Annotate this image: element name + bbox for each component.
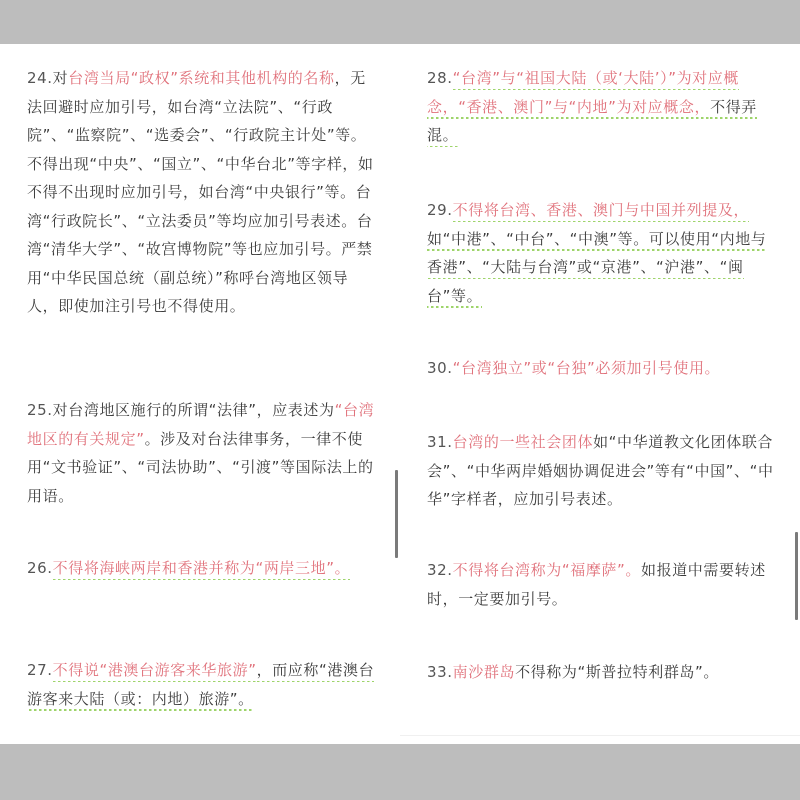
rule-highlight: “台湾”与“祖国大陆（或‘大陆’）”为对应概念，“香港、澳门”与“内地”为对应概… — [427, 69, 739, 119]
rule-number: 26. — [27, 559, 53, 577]
rule-number: 28. — [427, 69, 453, 87]
rule-highlight: 台湾当局“政权”系统和其他机构的名称 — [68, 69, 334, 87]
rule-text: 对台湾地区施行的所谓“法律”，应表述为 — [53, 401, 335, 419]
left-document-panel: 24.对台湾当局“政权”系统和其他机构的名称，无法回避时应加引号，如台湾“立法院… — [0, 44, 400, 744]
rule-number: 29. — [427, 201, 453, 219]
rule-text: 不得称为“斯普拉特利群岛”。 — [515, 663, 719, 681]
rule-text: 如“中港”、“中台”、“中澳”等。可以使用“内地与香港”、“大陆与台湾”或“京港… — [427, 230, 766, 308]
rule-number: 27. — [27, 661, 53, 679]
rule-item-26: 26.不得将海峡两岸和香港并称为“两岸三地”。 — [27, 554, 377, 583]
rule-highlight: “台湾独立”或“台独”必须加引号使用。 — [453, 359, 721, 377]
top-frame-bar — [0, 0, 800, 44]
rule-item-24: 24.对台湾当局“政权”系统和其他机构的名称，无法回避时应加引号，如台湾“立法院… — [27, 64, 377, 321]
rule-item-25: 25.对台湾地区施行的所谓“法律”，应表述为“台湾地区的有关规定”。涉及对台法律… — [27, 396, 377, 510]
rule-highlight: 不得将台湾、香港、澳门与中国并列提及， — [453, 201, 749, 222]
rule-item-30: 30.“台湾独立”或“台独”必须加引号使用。 — [427, 354, 777, 383]
right-scrollbar[interactable] — [795, 532, 798, 620]
left-scrollbar[interactable] — [395, 470, 398, 558]
rule-item-31: 31.台湾的一些社会团体如“中华道教文化团体联合会”、“中华两岸婚姻协调促进会”… — [427, 428, 777, 514]
rule-item-33: 33.南沙群岛不得称为“斯普拉特利群岛”。 — [427, 658, 777, 687]
rule-item-32: 32.不得将台湾称为“福摩萨”。如报道中需要转述时，一定要加引号。 — [427, 556, 777, 613]
bottom-frame-bar — [0, 744, 800, 800]
right-document-panel: 28.“台湾”与“祖国大陆（或‘大陆’）”为对应概念，“香港、澳门”与“内地”为… — [400, 44, 800, 744]
rule-highlight: 不得将海峡两岸和香港并称为“两岸三地”。 — [53, 559, 351, 580]
rule-text: 对 — [53, 69, 69, 87]
rule-highlight: 南沙群岛 — [453, 663, 515, 681]
rule-text: ，无法回避时应加引号，如台湾“立法院”、“行政院”、“监察院”、“选委会”、“行… — [27, 69, 374, 315]
rule-highlight: 台湾的一些社会团体 — [453, 433, 593, 451]
rule-number: 25. — [27, 401, 53, 419]
rule-number: 33. — [427, 663, 453, 681]
rule-number: 24. — [27, 69, 53, 87]
rule-number: 31. — [427, 433, 453, 451]
rule-item-28: 28.“台湾”与“祖国大陆（或‘大陆’）”为对应概念，“香港、澳门”与“内地”为… — [427, 64, 777, 150]
rule-item-27: 27.不得说“港澳台游客来华旅游”，而应称“港澳台游客来大陆（或：内地）旅游”。 — [27, 656, 377, 713]
divider — [400, 735, 800, 736]
rule-highlight: 不得说“港澳台游客来华旅游” — [53, 661, 257, 682]
rule-highlight: 不得将台湾称为“福摩萨”。 — [453, 561, 641, 579]
rule-item-29: 29.不得将台湾、香港、澳门与中国并列提及，如“中港”、“中台”、“中澳”等。可… — [427, 196, 777, 310]
rule-number: 30. — [427, 359, 453, 377]
rule-number: 32. — [427, 561, 453, 579]
